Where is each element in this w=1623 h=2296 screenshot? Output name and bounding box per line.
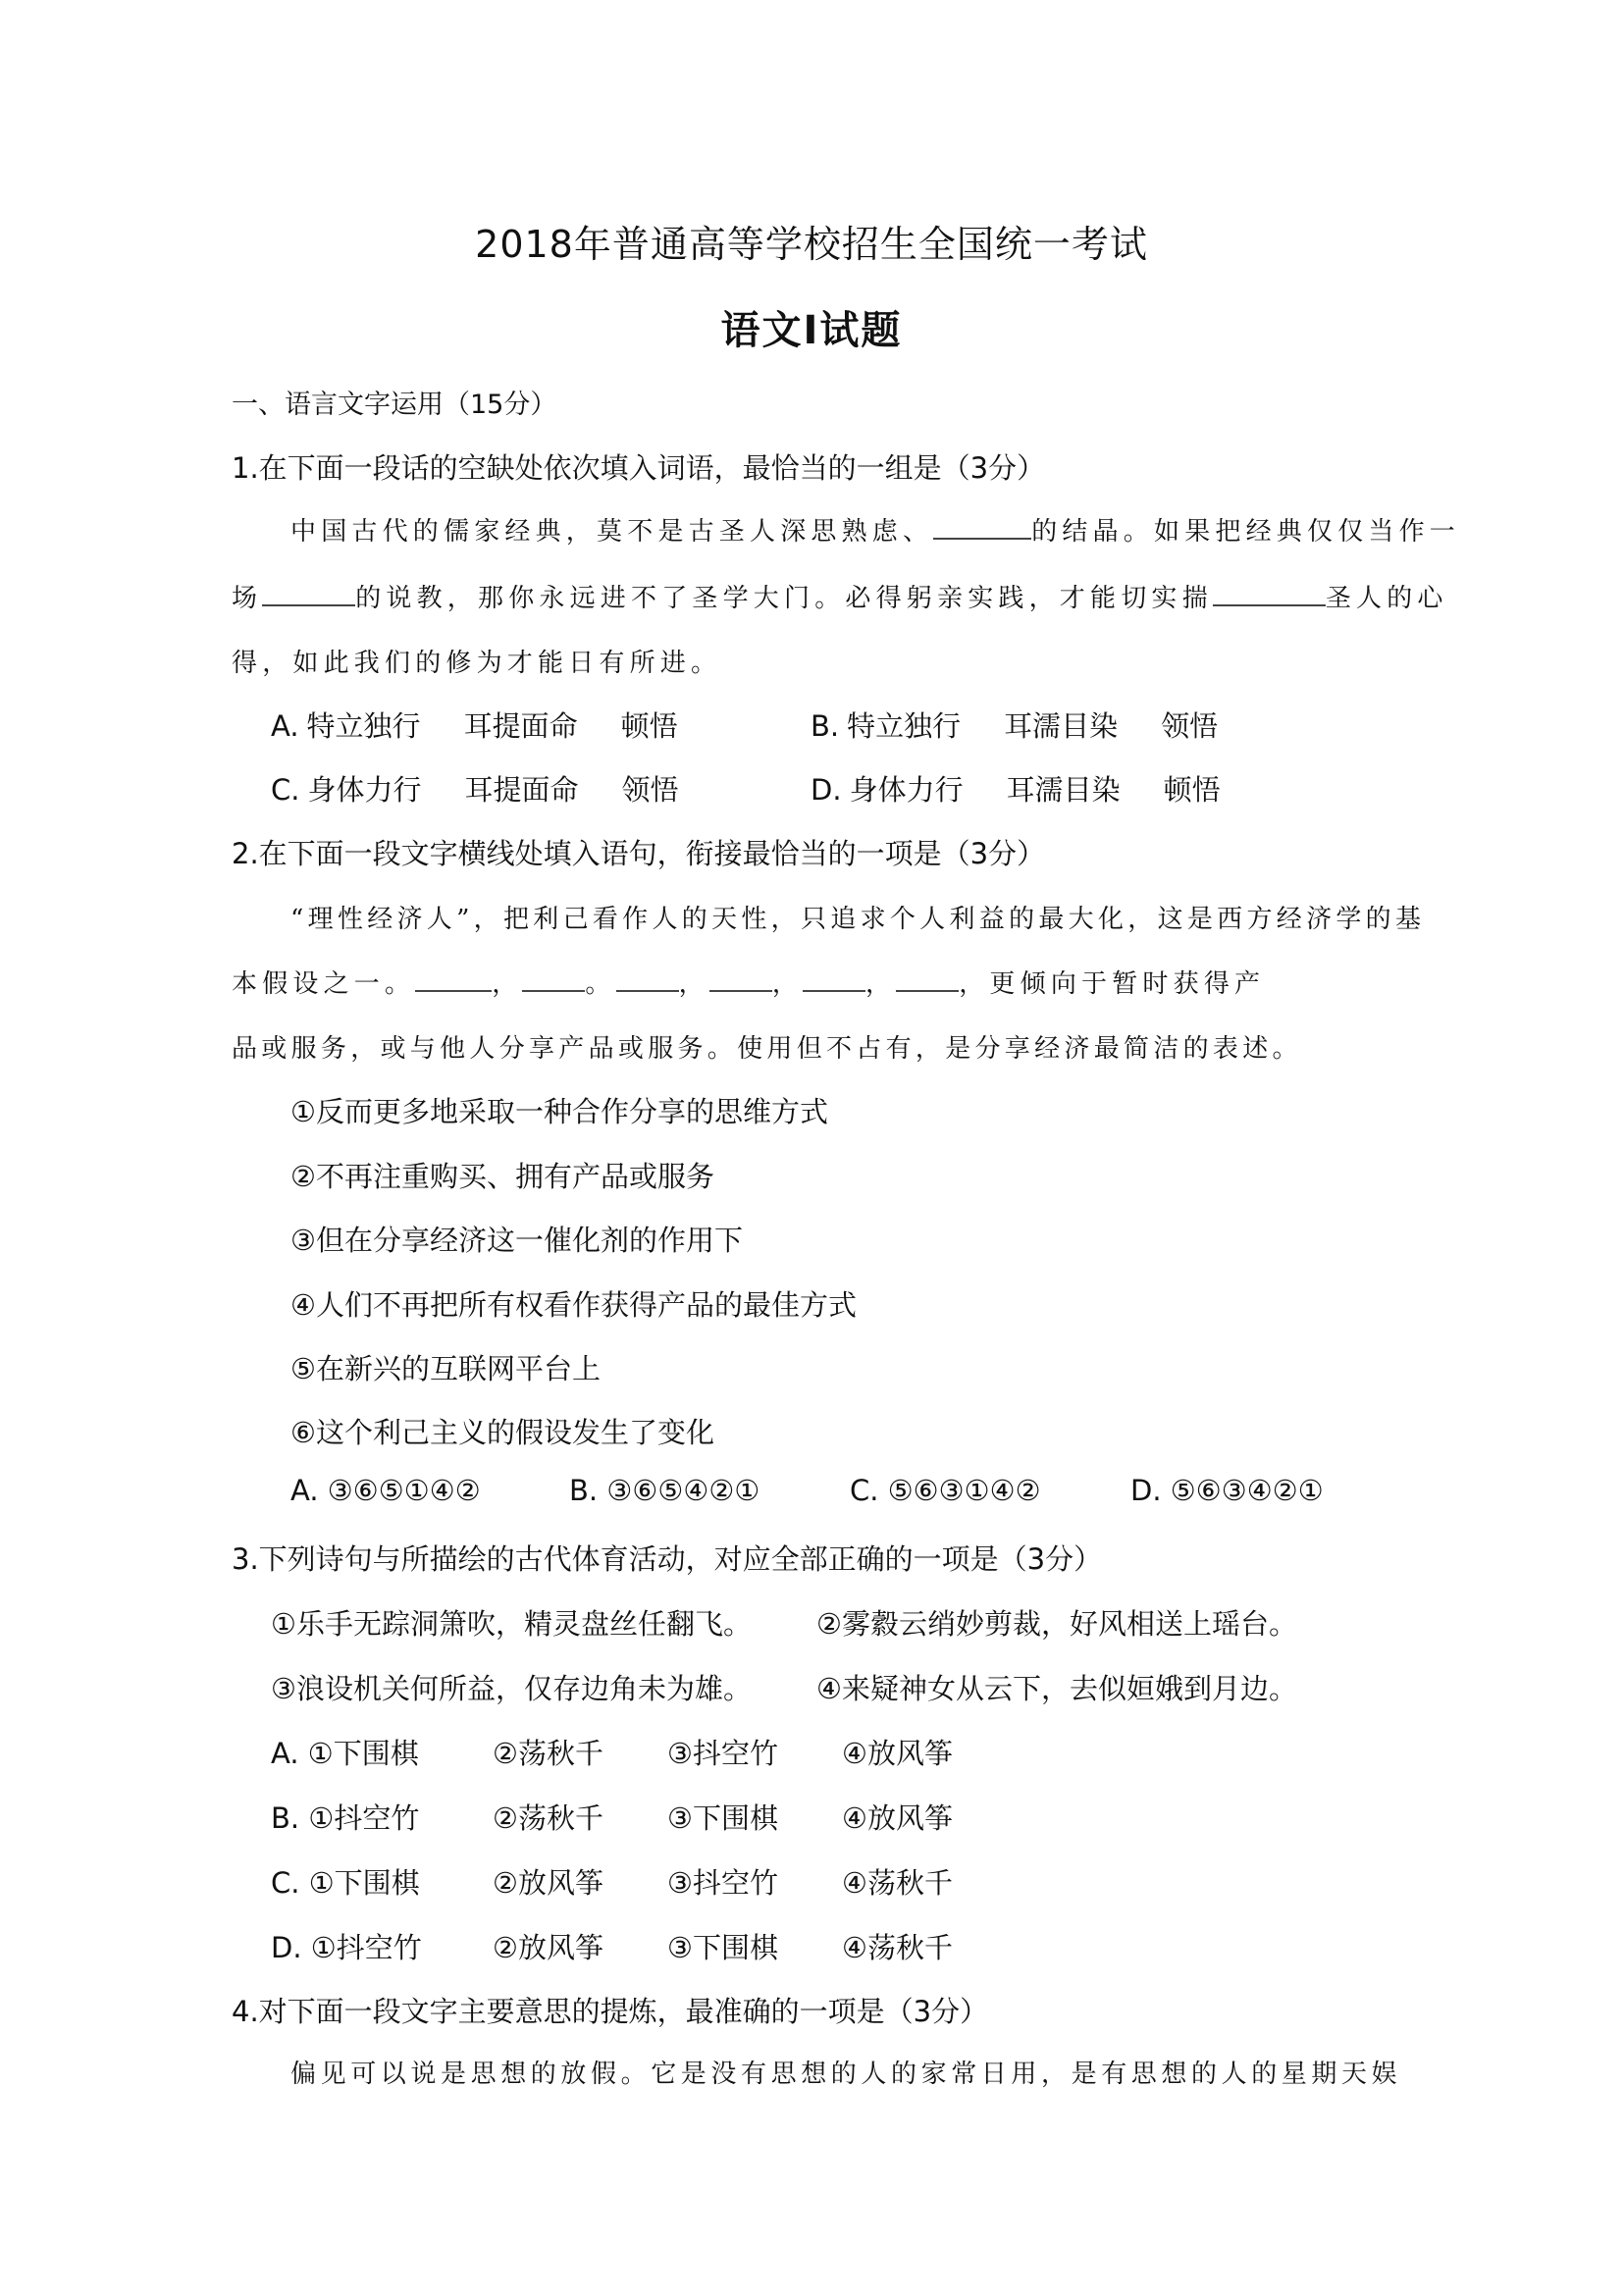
statement-4: ④人们不再把所有权看作获得产品的最佳方式: [290, 1283, 857, 1324]
statement-6: ⑥这个利己主义的假设发生了变化: [290, 1411, 714, 1451]
question-1-passage-line-1: 中国古代的儒家经典，莫不是古圣人深思熟虑、的结晶。如果把经典仅仅当作一: [290, 511, 1460, 548]
answer-blank: [933, 514, 1031, 540]
answer-blank: [709, 966, 772, 992]
option-c[interactable]: C.身体力行耳提面命领悟: [271, 768, 679, 809]
poem-1: ①乐手无踪洞箫吹，精灵盘丝任翻飞。: [271, 1602, 752, 1643]
answer-blank: [415, 966, 492, 992]
option-d[interactable]: D. ①抖空竹②放风筝③下围棋④荡秋千: [271, 1926, 422, 1966]
option-b[interactable]: B. ①抖空竹②荡秋千③下围棋④放风筝: [271, 1797, 419, 1837]
answer-blank: [896, 966, 959, 992]
answer-blank: [616, 966, 679, 992]
answer-blank: [1213, 581, 1326, 606]
option-b[interactable]: B.特立独行耳濡目染领悟: [811, 704, 1218, 745]
option-a[interactable]: A. ①下围棋②荡秋千③抖空竹④放风筝: [271, 1732, 419, 1772]
option-d[interactable]: D.身体力行耳濡目染顿悟: [811, 768, 1221, 809]
question-text: 在下面一段文字横线处填入语句，衔接最恰当的一项是（3分）: [259, 837, 1045, 870]
exam-subtitle: 语文Ⅰ试题: [0, 299, 1623, 355]
answer-blank: [262, 581, 355, 606]
section-heading: 一、语言文字运用（15分）: [232, 383, 556, 421]
question-2-passage-line-1: “理性经济人”，把利己看作人的天性，只追求个人利益的最大化，这是西方经济学的基: [290, 899, 1425, 935]
question-2-passage-line-2: 本假设之一。，。，，，，更倾向于暂时获得产: [232, 964, 1265, 1000]
option-d[interactable]: D. ⑤⑥③④②①: [1130, 1474, 1324, 1507]
question-text: 对下面一段文字主要意思的提炼，最准确的一项是（3分）: [259, 1995, 988, 2028]
option-b[interactable]: B. ③⑥⑤④②①: [569, 1474, 759, 1507]
question-3-stem: 3.下列诗句与所描绘的古代体育活动，对应全部正确的一项是（3分）: [232, 1538, 1102, 1578]
question-4-passage-line-1: 偏见可以说是思想的放假。它是没有思想的人的家常日用，是有思想的人的星期天娱: [290, 2054, 1401, 2090]
question-1-passage-line-3: 得，如此我们的修为才能日有所进。: [232, 643, 721, 679]
statement-2: ②不再注重购买、拥有产品或服务: [290, 1155, 714, 1195]
question-text: 在下面一段话的空缺处依次填入词语，最恰当的一组是（3分）: [259, 451, 1045, 485]
question-2-stem: 2.在下面一段文字横线处填入语句，衔接最恰当的一项是（3分）: [232, 832, 1045, 872]
question-2-passage-line-3: 品或服务，或与他人分享产品或服务。使用但不占有，是分享经济最简洁的表述。: [232, 1028, 1302, 1065]
option-a[interactable]: A.特立独行耳提面命顿悟: [271, 704, 678, 745]
poem-3: ③浪设机关何所益，仅存边角未为雄。: [271, 1667, 752, 1707]
question-1-stem: 1.在下面一段话的空缺处依次填入词语，最恰当的一组是（3分）: [232, 446, 1045, 487]
question-4-stem: 4.对下面一段文字主要意思的提炼，最准确的一项是（3分）: [232, 1990, 988, 2030]
question-number: 1.: [232, 451, 259, 485]
poem-2: ②雾縠云绡妙剪裁，好风相送上瑶台。: [816, 1602, 1297, 1643]
option-c[interactable]: C. ①下围棋②放风筝③抖空竹④荡秋千: [271, 1861, 420, 1902]
statement-3: ③但在分享经济这一催化剂的作用下: [290, 1219, 743, 1259]
exam-title: 2018年普通高等学校招生全国统一考试: [0, 214, 1623, 268]
option-a[interactable]: A. ③⑥⑤①④②: [290, 1474, 481, 1507]
question-number: 3.: [232, 1542, 259, 1576]
answer-blank: [522, 966, 585, 992]
statement-1: ①反而更多地采取一种合作分享的思维方式: [290, 1090, 828, 1130]
question-text: 下列诗句与所描绘的古代体育活动，对应全部正确的一项是（3分）: [259, 1542, 1102, 1576]
question-1-passage-line-2: 场的说教，那你永远进不了圣学大门。必得躬亲实践，才能切实揣圣人的心: [232, 578, 1448, 614]
poem-4: ④来疑神女从云下，去似姮娥到月边。: [816, 1667, 1297, 1707]
question-number: 4.: [232, 1995, 259, 2028]
option-c[interactable]: C. ⑤⑥③①④②: [850, 1474, 1041, 1507]
question-number: 2.: [232, 837, 259, 870]
answer-blank: [803, 966, 865, 992]
statement-5: ⑤在新兴的互联网平台上: [290, 1347, 601, 1387]
